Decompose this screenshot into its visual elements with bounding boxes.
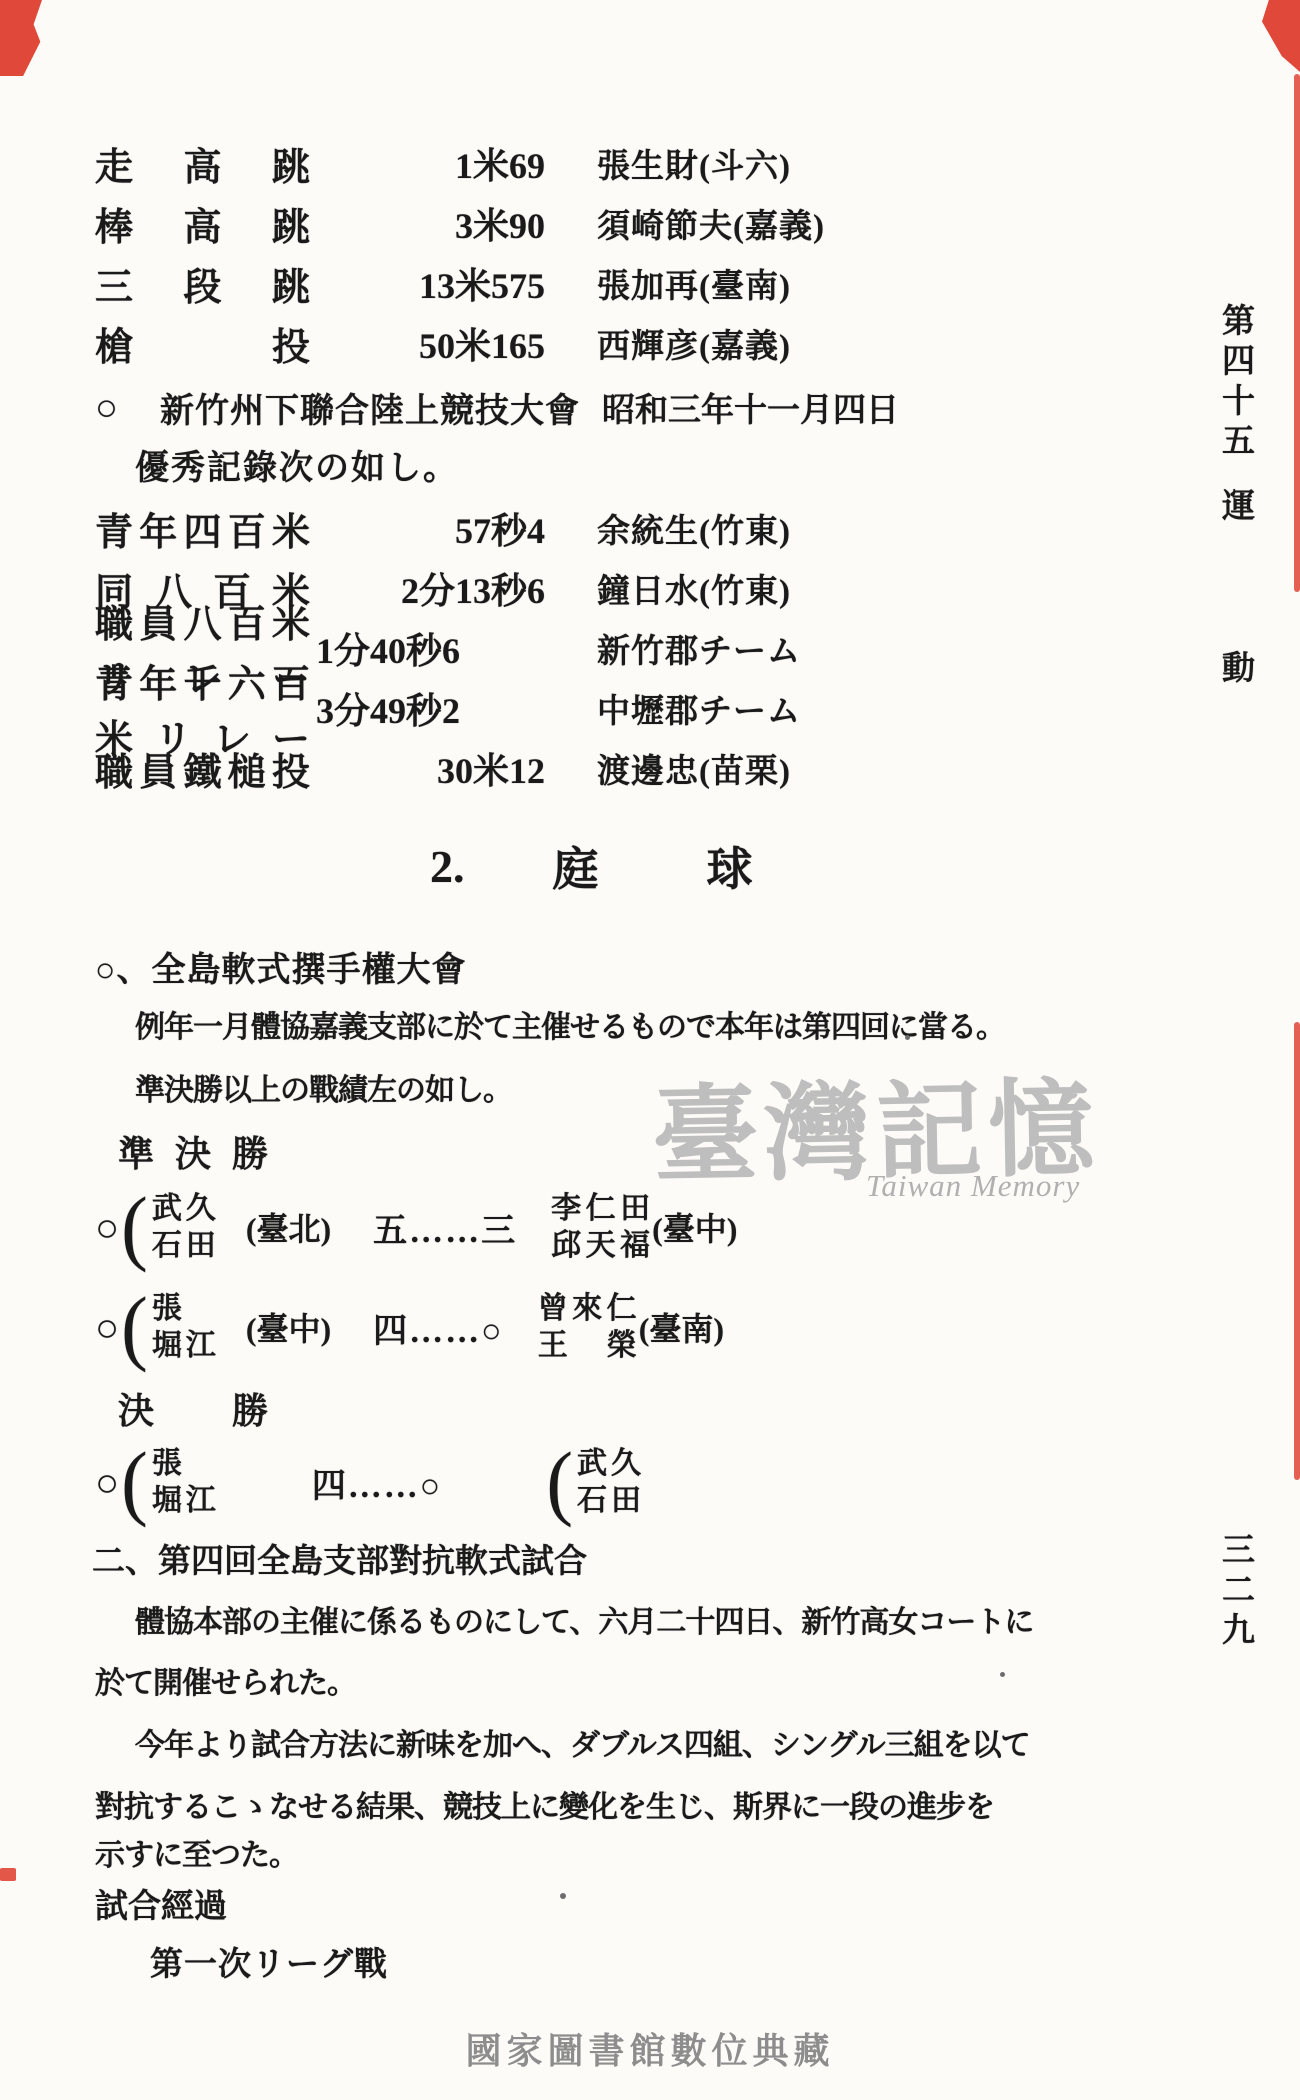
- pair-brace: (: [121, 1440, 148, 1524]
- record-holder: 張生財(斗六): [597, 140, 791, 187]
- record-event: 職員鐵槌投: [95, 741, 310, 796]
- match-score: 四……○: [312, 1458, 443, 1507]
- record-row: 職員鐵槌投 30米12 渡邊忠(苗栗): [95, 738, 801, 798]
- player-name: 張: [152, 1445, 216, 1482]
- record-row: 青年千六百米リレー 3分49秒2 中壢郡チーム: [95, 678, 801, 738]
- team-pair: 曾來仁 王榮: [538, 1290, 637, 1364]
- record-holder: 須崎節夫(嘉義): [597, 200, 825, 247]
- red-scan-edge-lower: [1294, 1022, 1300, 1480]
- player-name: 堀江: [152, 1327, 216, 1364]
- section-heading-number: 2.: [430, 840, 465, 893]
- margin-section-char-1: 運: [1212, 488, 1259, 528]
- scan-speck: [905, 1035, 910, 1040]
- team-pair: 李仁田 邱天福: [551, 1190, 650, 1264]
- record-row: 三段跳 13米575 張加再(臺南): [95, 253, 825, 313]
- pair-brace: (: [121, 1185, 148, 1269]
- page-number: 三二九: [1212, 1532, 1259, 1652]
- record-event: 棒高跳: [95, 196, 310, 251]
- league-round-line: 第一次リーグ戰: [150, 1938, 388, 1985]
- team-region: (臺中): [246, 1304, 331, 1350]
- section-heading-char: 庭: [553, 833, 599, 899]
- match-score: 五……三: [373, 1203, 517, 1252]
- pair-brace: (: [546, 1440, 573, 1524]
- paragraph: 例年一月體協嘉義支部に於て主催せるもので本年は第四回に當る。: [135, 1002, 1005, 1046]
- red-scan-mark-top-left: [0, 0, 42, 76]
- tournament-title: ○、全島軟式撰手權大會: [95, 942, 467, 991]
- section-heading: 2. 庭 球: [430, 833, 753, 899]
- team-region: (臺南): [639, 1304, 724, 1350]
- paragraph: 示すに至つた。: [95, 1830, 298, 1874]
- record-mark: 50米165: [310, 318, 545, 369]
- player-name: 邱天福: [551, 1227, 650, 1264]
- circle-bullet-icon: ○、: [95, 952, 152, 989]
- player-name: 曾來仁: [538, 1290, 637, 1327]
- record-holder: 渡邊忠(苗栗): [597, 745, 791, 792]
- paragraph: 今年より試合方法に新味を加へ、ダブルス四組、シングル三組を以て: [135, 1720, 1030, 1764]
- player-name: 武久: [577, 1445, 641, 1482]
- player-name: 李仁田: [551, 1190, 650, 1227]
- record-mark: 3分49秒2: [310, 683, 545, 734]
- record-row: 槍投 50米165 西輝彦(嘉義): [95, 313, 825, 373]
- red-scan-mark-bottom-left: [0, 1868, 16, 1881]
- margin-section-char-2: 動: [1212, 650, 1259, 690]
- meet-title: 新竹州下聯合陸上競技大會: [160, 383, 580, 432]
- meet-date: 昭和三年十一月四日: [602, 384, 899, 431]
- athletics-top-records: 走高跳 1米69 張生財(斗六) 棒高跳 3米90 須崎節夫(嘉義) 三段跳 1…: [95, 133, 825, 373]
- meet-note: 優秀記錄次の如し。: [135, 440, 459, 489]
- team-pair: 張 堀江: [152, 1290, 216, 1364]
- meet-records: 青年四百米 57秒4 余統生(竹東) 同八百米 2分13秒6 鐘日水(竹東) 職…: [95, 498, 801, 798]
- winner-mark: ○: [95, 1304, 119, 1351]
- margin-volume-label: 第四十五: [1212, 303, 1259, 463]
- record-mark: 1分40秒6: [310, 623, 545, 674]
- record-row: 青年四百米 57秒4 余統生(竹東): [95, 498, 801, 558]
- semifinal-match-2: ○ ( 張 堀江 (臺中) 四……○ 曾來仁 王榮 (臺南): [95, 1283, 724, 1371]
- red-scan-edge-upper: [1294, 74, 1300, 592]
- record-event: 三段跳: [95, 256, 310, 311]
- pair-brace: (: [121, 1285, 148, 1369]
- semifinal-label: 準決勝: [118, 1126, 268, 1177]
- paragraph: 於て開催せられた。: [95, 1658, 356, 1702]
- player-name: 堀江: [152, 1482, 216, 1519]
- circle-bullet-icon: ○: [95, 386, 118, 430]
- final-match: ○ ( 張 堀江 四……○ ( 武久 石田: [95, 1438, 641, 1526]
- semifinal-match-1: ○ ( 武久 石田 (臺北) 五……三 李仁田 邱天福 (臺中): [95, 1183, 737, 1271]
- team-pair: 武久 石田: [152, 1190, 216, 1264]
- player-name: 王榮: [538, 1327, 637, 1364]
- record-event: 走高跳: [95, 136, 310, 191]
- record-holder: 新竹郡チーム: [597, 625, 801, 672]
- footer-digital-archive: 國家圖書館數位典藏: [0, 2023, 1300, 2074]
- record-mark: 2分13秒6: [310, 563, 545, 614]
- record-event: 槍投: [95, 316, 310, 371]
- taiwan-memory-watermark-latin: Taiwan Memory: [866, 1168, 1080, 1204]
- record-row: 棒高跳 3米90 須崎節夫(嘉義): [95, 193, 825, 253]
- paragraph: 體協本部の主催に係るものにして、六月二十四日、新竹高女コートに: [135, 1597, 1033, 1641]
- record-mark: 3米90: [310, 198, 545, 249]
- scan-speck: [560, 1893, 566, 1899]
- scan-speck: [1000, 1672, 1005, 1677]
- player-name: 石田: [152, 1227, 216, 1264]
- paragraph: 對抗するこゝなせる結果、競技上に變化を生じ、斯界に一段の進步を: [95, 1782, 994, 1826]
- record-mark: 13米575: [310, 258, 545, 309]
- record-mark: 1米69: [310, 138, 545, 189]
- record-holder: 中壢郡チーム: [597, 685, 801, 732]
- record-holder: 鐘日水(竹東): [597, 565, 791, 612]
- meet-title-line: ○ 新竹州下聯合陸上競技大會 昭和三年十一月四日: [95, 383, 899, 432]
- team-pair: 武久 石田: [577, 1445, 641, 1519]
- team-region: (臺中): [652, 1204, 737, 1250]
- winner-mark: ○: [95, 1459, 119, 1506]
- record-event: 青年四百米: [95, 501, 310, 556]
- final-label: 決勝: [118, 1383, 268, 1434]
- team-region: (臺北): [246, 1204, 331, 1250]
- record-holder: 張加再(臺南): [597, 260, 791, 307]
- record-holder: 余統生(竹東): [597, 505, 791, 552]
- team-pair: 張 堀江: [152, 1445, 216, 1519]
- tournament-title: 二、第四回全島支部對抗軟式試合: [92, 1535, 587, 1582]
- player-name: 張: [152, 1290, 216, 1327]
- section-heading-char: 球: [707, 833, 753, 899]
- subheading: 試合經過: [95, 1880, 227, 1927]
- scanned-document-page: 第四十五 運 動 三二九 走高跳 1米69 張生財(斗六) 棒高跳 3米90 須…: [0, 0, 1300, 2100]
- winner-mark: ○: [95, 1204, 119, 1251]
- player-name: 武久: [152, 1190, 216, 1227]
- tournament-title-text: 全島軟式撰手權大會: [152, 952, 467, 989]
- red-scan-mark-top-right: [1262, 0, 1300, 72]
- record-mark: 30米12: [310, 743, 545, 794]
- match-score: 四……○: [373, 1303, 504, 1352]
- paragraph: 準決勝以上の戰績左の如し。: [135, 1065, 512, 1109]
- record-row: 走高跳 1米69 張生財(斗六): [95, 133, 825, 193]
- player-name: 石田: [577, 1482, 641, 1519]
- record-mark: 57秒4: [310, 503, 545, 554]
- record-holder: 西輝彦(嘉義): [597, 320, 791, 367]
